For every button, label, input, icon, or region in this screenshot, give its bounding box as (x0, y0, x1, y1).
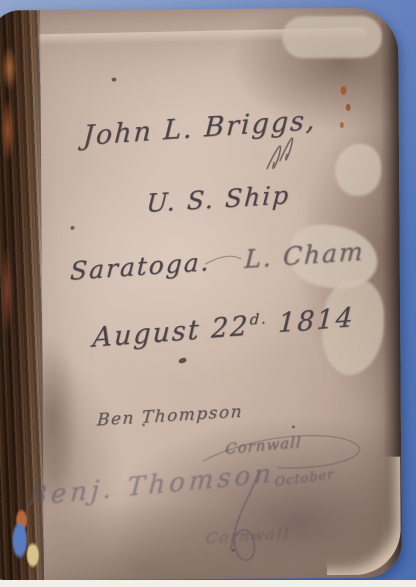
ink-speck (71, 226, 75, 230)
rust-speck (340, 122, 344, 128)
date-year-text: 1814 (277, 303, 355, 340)
photo-scene: John L. Briggs, U. S. Ship Saratoga.L. C… (0, 0, 416, 587)
corner-edge-highlight (326, 457, 401, 576)
rust-speck (341, 86, 347, 95)
scan-edge-strip (0, 580, 416, 587)
flaked-paper-patch (335, 144, 381, 196)
book-cover: John L. Briggs, U. S. Ship Saratoga.L. C… (0, 8, 402, 581)
ink-speck (232, 549, 235, 552)
date-ordinal-superscript: d. (249, 309, 268, 329)
ink-speck (111, 78, 116, 82)
ink-speck (292, 425, 295, 428)
rust-speck (346, 104, 351, 111)
flaked-paper-patch (282, 16, 382, 59)
